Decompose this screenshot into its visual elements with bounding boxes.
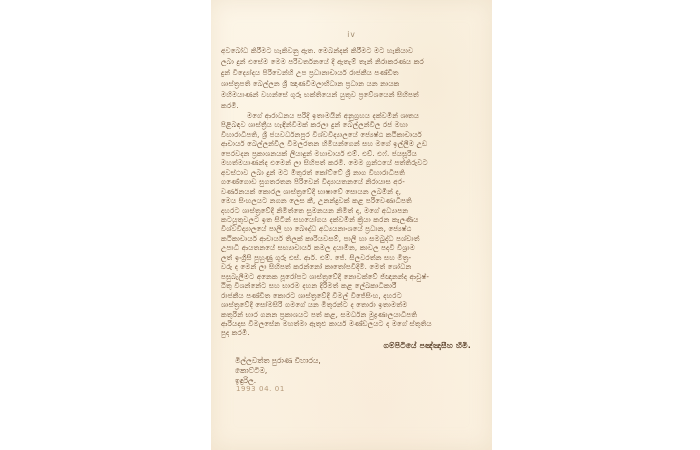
paragraph-opening: අවබෝධ කිරීමට හැකිවනු ඇත. මෙබන්දක් කිරීමට… (221, 46, 491, 112)
scan-page: iv අවබෝධ කිරීමට හැකිවනු ඇත. මෙබන්දක් කිර… (211, 0, 492, 450)
paragraph-acknowledgements: මගේ ආරාධනය පරිදි ඉතාමයින් අනුග්‍රහය දක්ව… (221, 112, 491, 339)
scan-background: iv අවබෝධ කිරීමට හැකිවනු ඇත. මෙබන්දක් කිර… (0, 0, 700, 450)
page-number: iv (211, 30, 492, 39)
signature-line: ගම්පිටියේ පඤ්ඤාසීහ හිමි. (383, 341, 471, 351)
address-block: මිල්ලවත්ත පුරාණ විහාරය, කොට්ටිම, ඉඳුරිල. (235, 356, 321, 385)
date-line: 1993 04. 01 (236, 385, 285, 393)
